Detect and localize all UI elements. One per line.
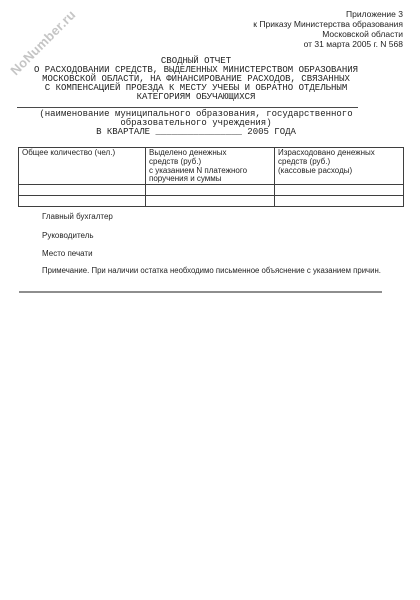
col-header-spent-funds: Израсходовано денежных средств (руб.) (к… <box>275 148 404 185</box>
report-title: СВОДНЫЙ ОТЧЕТ О РАСХОДОВАНИИ СРЕДСТВ, ВЫ… <box>0 57 392 102</box>
cell-allocated-funds <box>146 196 275 207</box>
signature-head-label: Руководитель <box>42 231 94 240</box>
annex-header: Приложение 3 к Приказу Министерства обра… <box>253 9 403 49</box>
quarter-line: В КВАРТАЛЕ ________________ 2005 ГОДА <box>0 128 392 137</box>
annex-line: Московской области <box>253 29 403 39</box>
bottom-divider <box>19 291 382 293</box>
signature-chief-accountant-label: Главный бухгалтер <box>42 212 113 221</box>
report-table: Общее количество (чел.) Выделено денежны… <box>18 147 404 207</box>
cell-spent-funds <box>275 196 404 207</box>
org-name-block: (наименование муниципального образования… <box>0 110 392 137</box>
cell-spent-funds <box>275 185 404 196</box>
col-header-allocated-funds: Выделено денежных средств (руб.) с указа… <box>146 148 275 185</box>
note-text: Примечание. При наличии остатка необходи… <box>42 266 381 275</box>
cell-allocated-funds <box>146 185 275 196</box>
table-row <box>19 196 404 207</box>
org-name-blank-line <box>17 107 358 108</box>
annex-line: к Приказу Министерства образования <box>253 19 403 29</box>
cell-total-count <box>19 196 146 207</box>
document-page: NoNumber.ru Приложение 3 к Приказу Минис… <box>0 0 420 600</box>
col-header-total-count: Общее количество (чел.) <box>19 148 146 185</box>
cell-total-count <box>19 185 146 196</box>
annex-line: Приложение 3 <box>253 9 403 19</box>
annex-line: от 31 марта 2005 г. N 568 <box>253 39 403 49</box>
title-line: КАТЕГОРИЯМ ОБУЧАЮЩИХСЯ <box>0 93 392 102</box>
seal-place-label: Место печати <box>42 249 93 258</box>
table-header-row: Общее количество (чел.) Выделено денежны… <box>19 148 404 185</box>
table-row <box>19 185 404 196</box>
